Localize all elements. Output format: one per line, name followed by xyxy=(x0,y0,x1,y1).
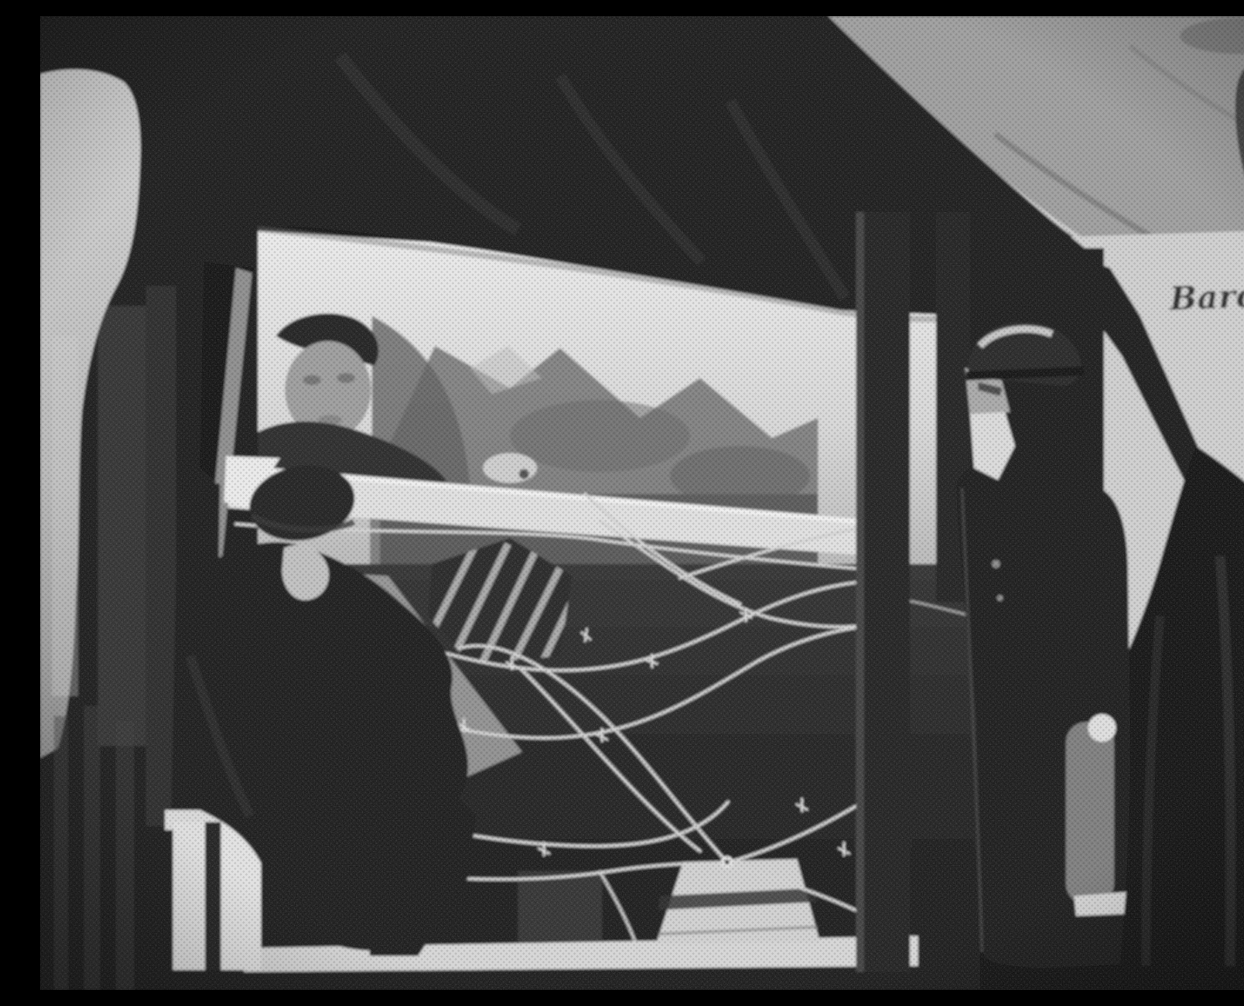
photo-canvas: Barcelona to xyxy=(40,16,1244,990)
press-photo: Barcelona to xyxy=(40,16,1244,990)
vignette xyxy=(40,16,1244,990)
